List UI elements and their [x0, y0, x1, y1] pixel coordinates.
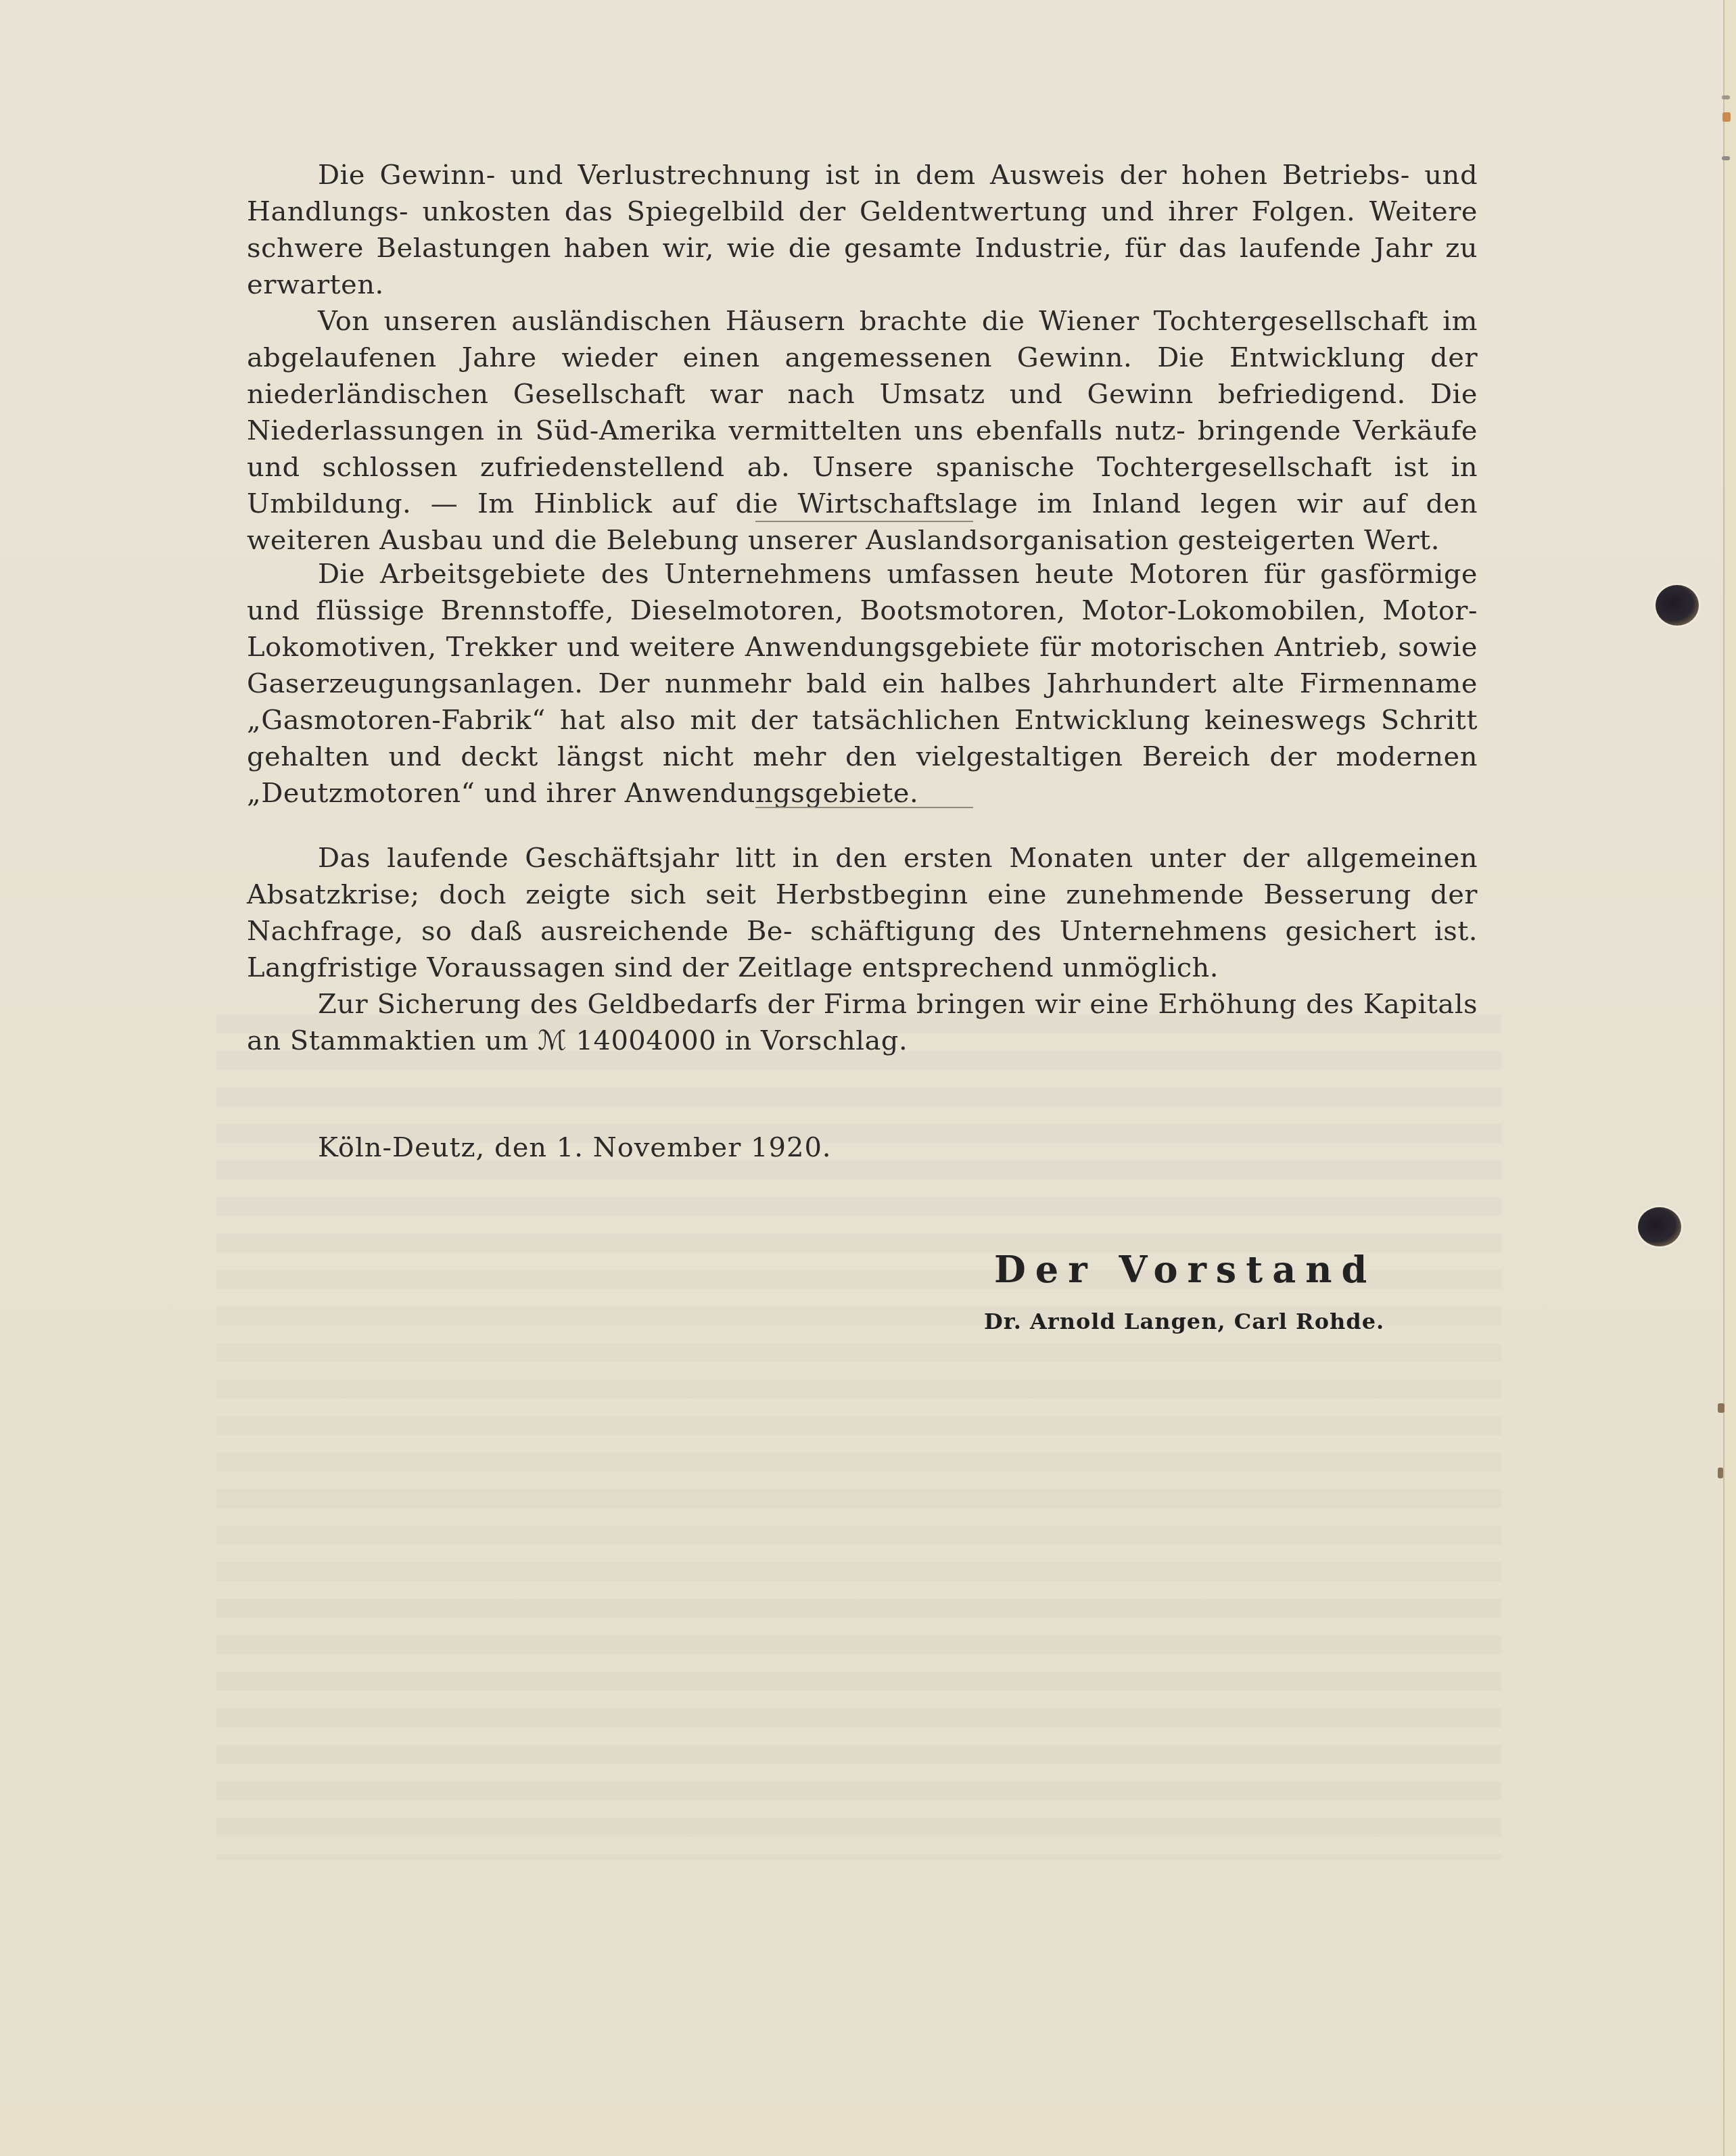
thread-mark-icon	[1718, 1403, 1725, 1413]
staple-mark-icon	[1722, 156, 1730, 160]
signature-title: Der Vorstand	[994, 1248, 1376, 1291]
rust-stain-icon	[1722, 112, 1731, 122]
text-section-outlook: Das laufende Geschäftsjahr litt in den e…	[247, 840, 1478, 1059]
paragraph-current-year: Das laufende Geschäftsjahr litt in den e…	[247, 840, 1478, 986]
punch-hole-icon	[1638, 1207, 1681, 1246]
punch-hole-icon	[1656, 585, 1699, 626]
signature-names: Dr. Arnold Langen, Carl Rohde.	[984, 1309, 1384, 1334]
thread-mark-icon	[1718, 1468, 1723, 1478]
paragraph-profit-loss: Die Gewinn- und Verlustrechnung ist in d…	[247, 157, 1478, 303]
dateline: Köln-Deutz, den 1. November 1920.	[318, 1129, 832, 1166]
section-divider	[755, 807, 973, 808]
section-divider	[755, 521, 973, 522]
binding-strip	[1725, 0, 1736, 2156]
staple-mark-icon	[1722, 95, 1730, 99]
text-section-business-areas: Die Arbeitsgebiete des Unternehmens umfa…	[247, 556, 1478, 812]
paragraph-business-areas: Die Arbeitsgebiete des Unternehmens umfa…	[247, 556, 1478, 812]
text-section-finances: Die Gewinn- und Verlustrechnung ist in d…	[247, 157, 1478, 559]
document-page: Die Gewinn- und Verlustrechnung ist in d…	[0, 0, 1718, 2156]
paragraph-capital-increase: Zur Sicherung des Geldbedarfs der Firma …	[247, 986, 1478, 1059]
